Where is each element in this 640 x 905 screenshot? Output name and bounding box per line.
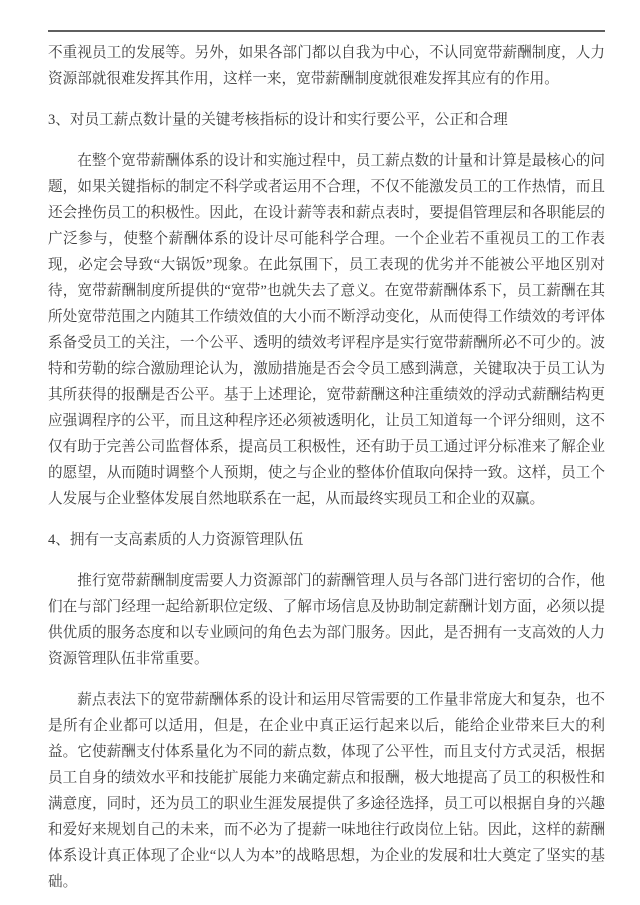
paragraph: 推行宽带薪酬制度需要人力资源部门的薪酬管理人员与各部门进行密切的合作，他们在与部… [48,568,605,672]
section-heading: 4、拥有一支高素质的人力资源管理队伍 [48,527,605,553]
document-page: 不重视员工的发展等。另外，如果各部门都以自我为中心，不认同宽带薪酬制度，人力资源… [0,0,640,905]
paragraph: 在整个宽带薪酬体系的设计和实施过程中，员工薪点数的计量和计算是最核心的问题，如果… [48,148,605,512]
paragraph: 不重视员工的发展等。另外，如果各部门都以自我为中心，不认同宽带薪酬制度，人力资源… [48,40,605,92]
section-heading: 3、对员工薪点数计量的关键考核指标的设计和实行要公平，公正和合理 [48,107,605,133]
header-rule [48,30,605,32]
document-body: 不重视员工的发展等。另外，如果各部门都以自我为中心，不认同宽带薪酬制度，人力资源… [48,34,605,895]
paragraph: 薪点表法下的宽带薪酬体系的设计和运用尽管需要的工作量非常庞大和复杂，也不是所有企… [48,687,605,895]
